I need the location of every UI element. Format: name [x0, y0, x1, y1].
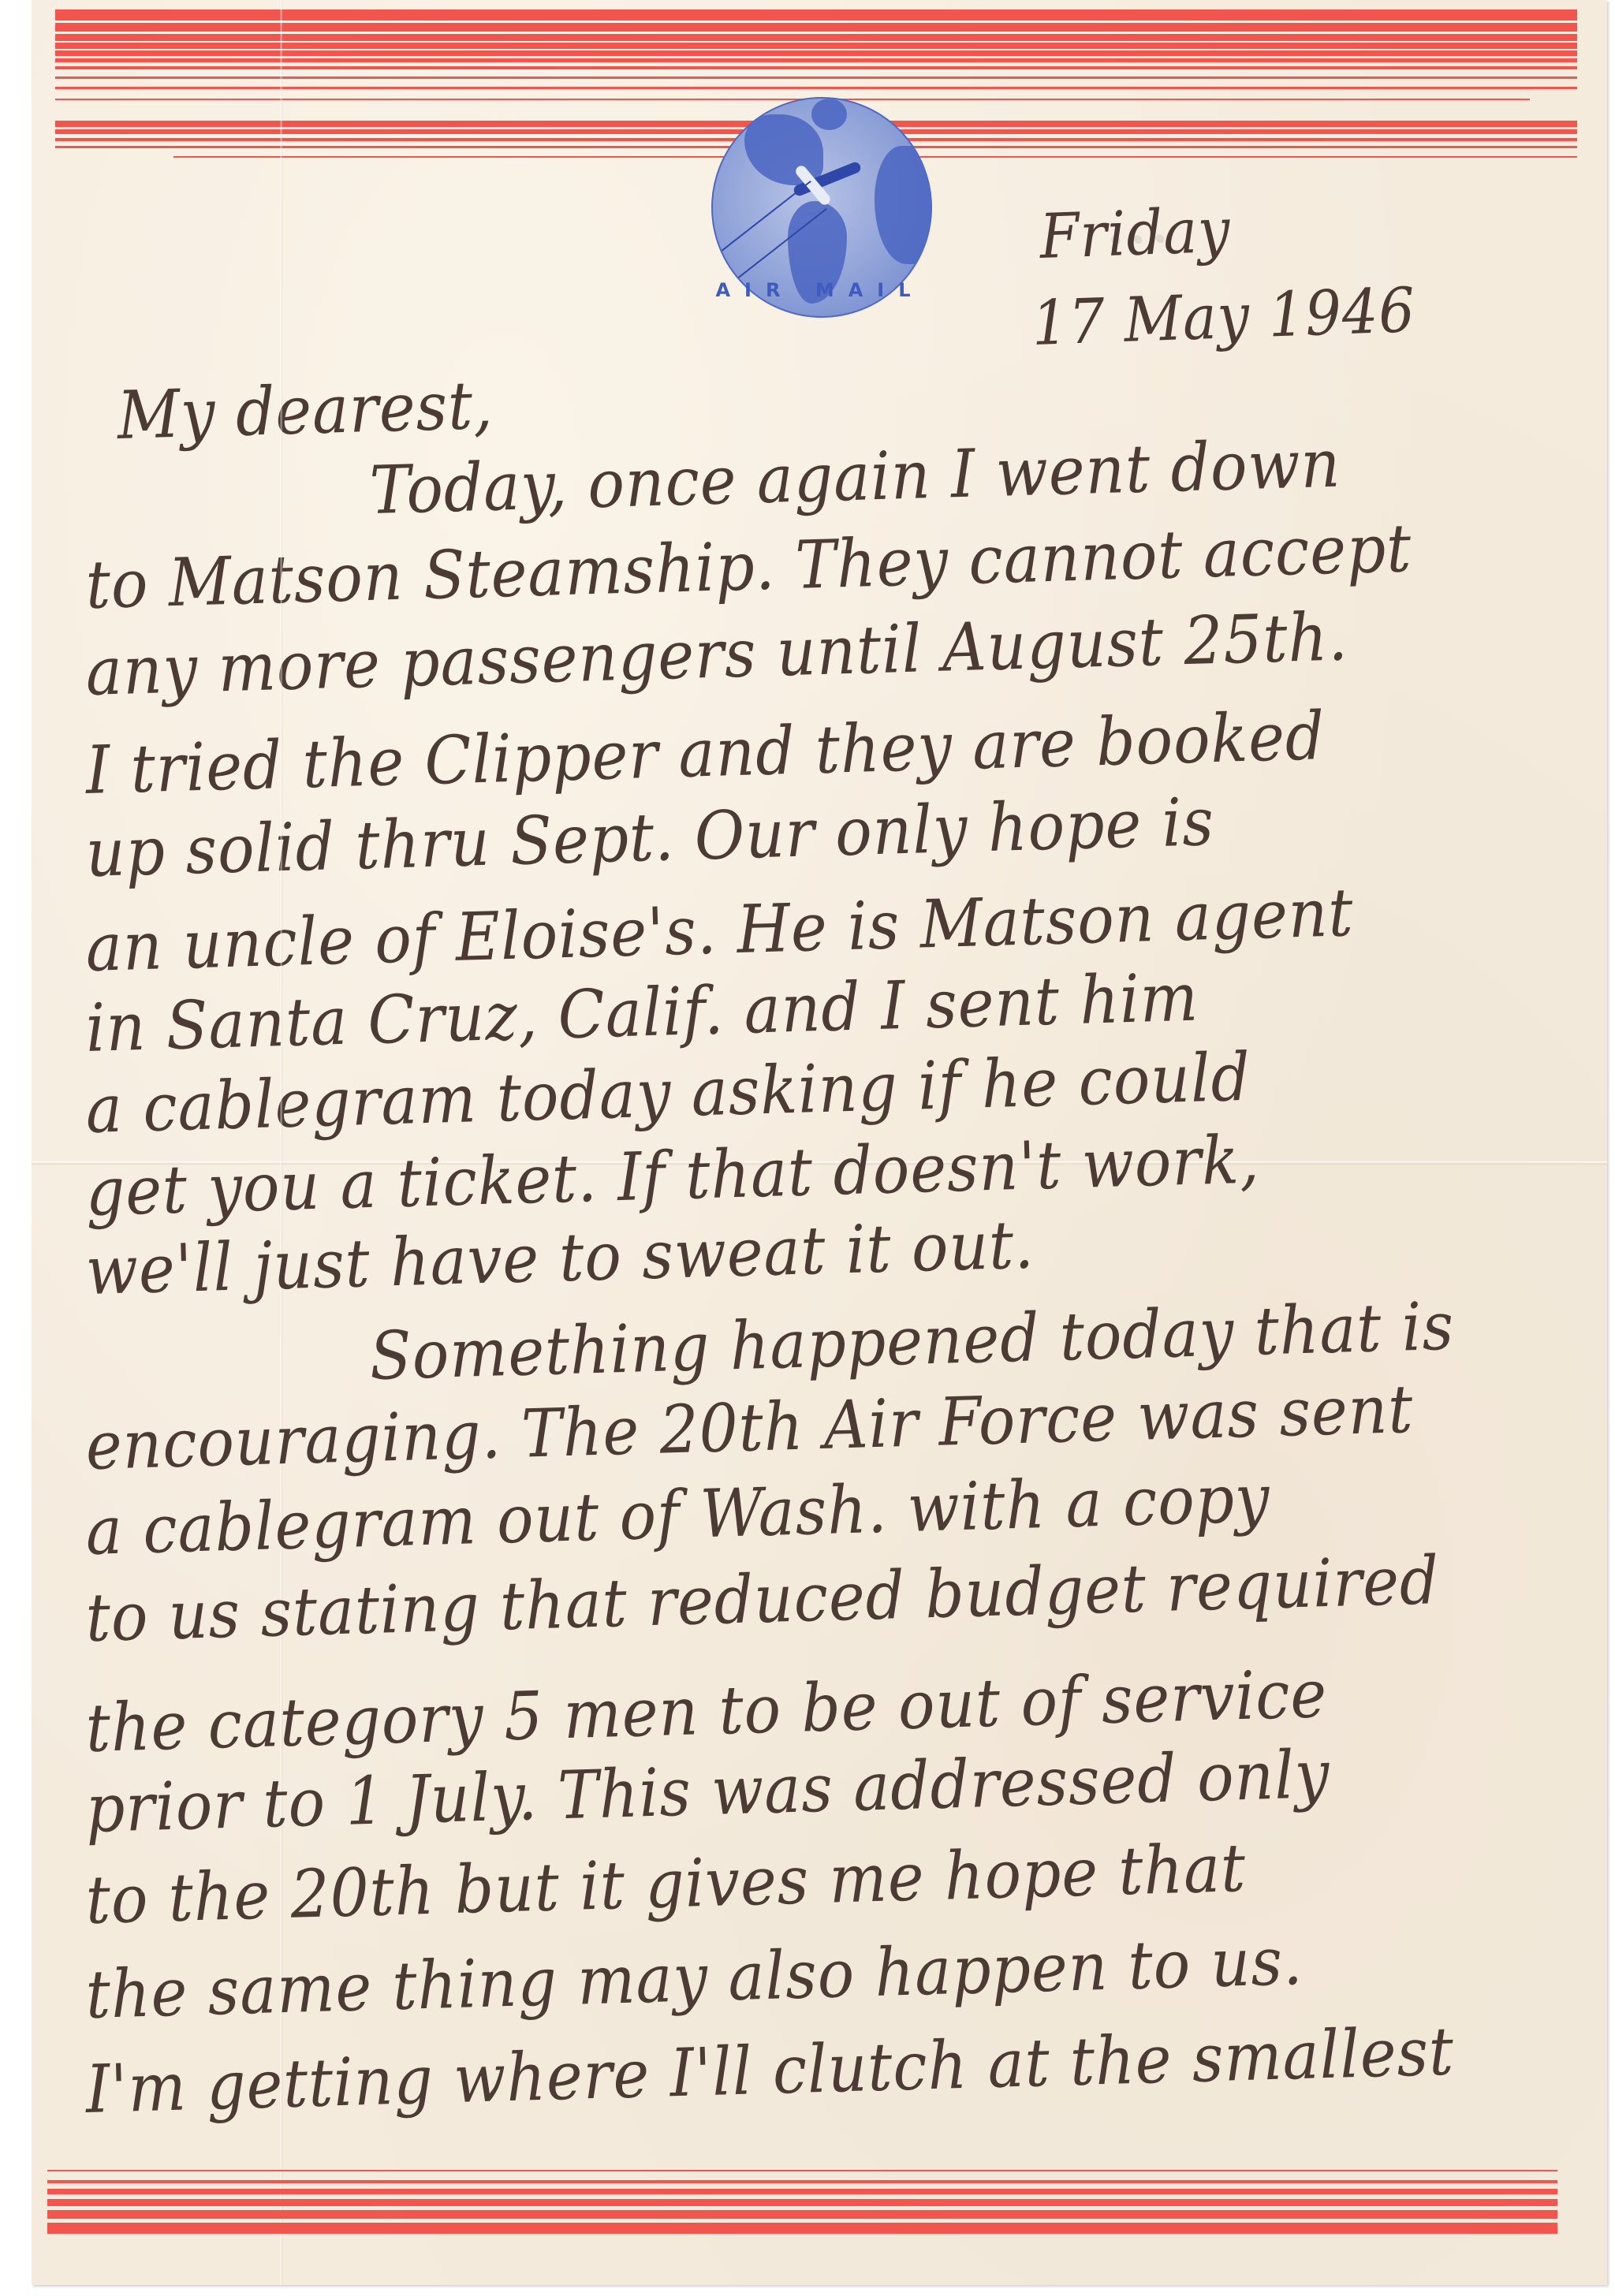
- airmail-label: AIR MAIL: [694, 279, 946, 301]
- salutation: My dearest,: [117, 372, 494, 449]
- letter-weekday: Friday: [1039, 200, 1231, 268]
- airmail-emblem: AIR MAIL: [694, 79, 946, 331]
- vertical-fold-crease: [280, 0, 283, 2285]
- letter-date: 17 May 1946: [1031, 280, 1416, 355]
